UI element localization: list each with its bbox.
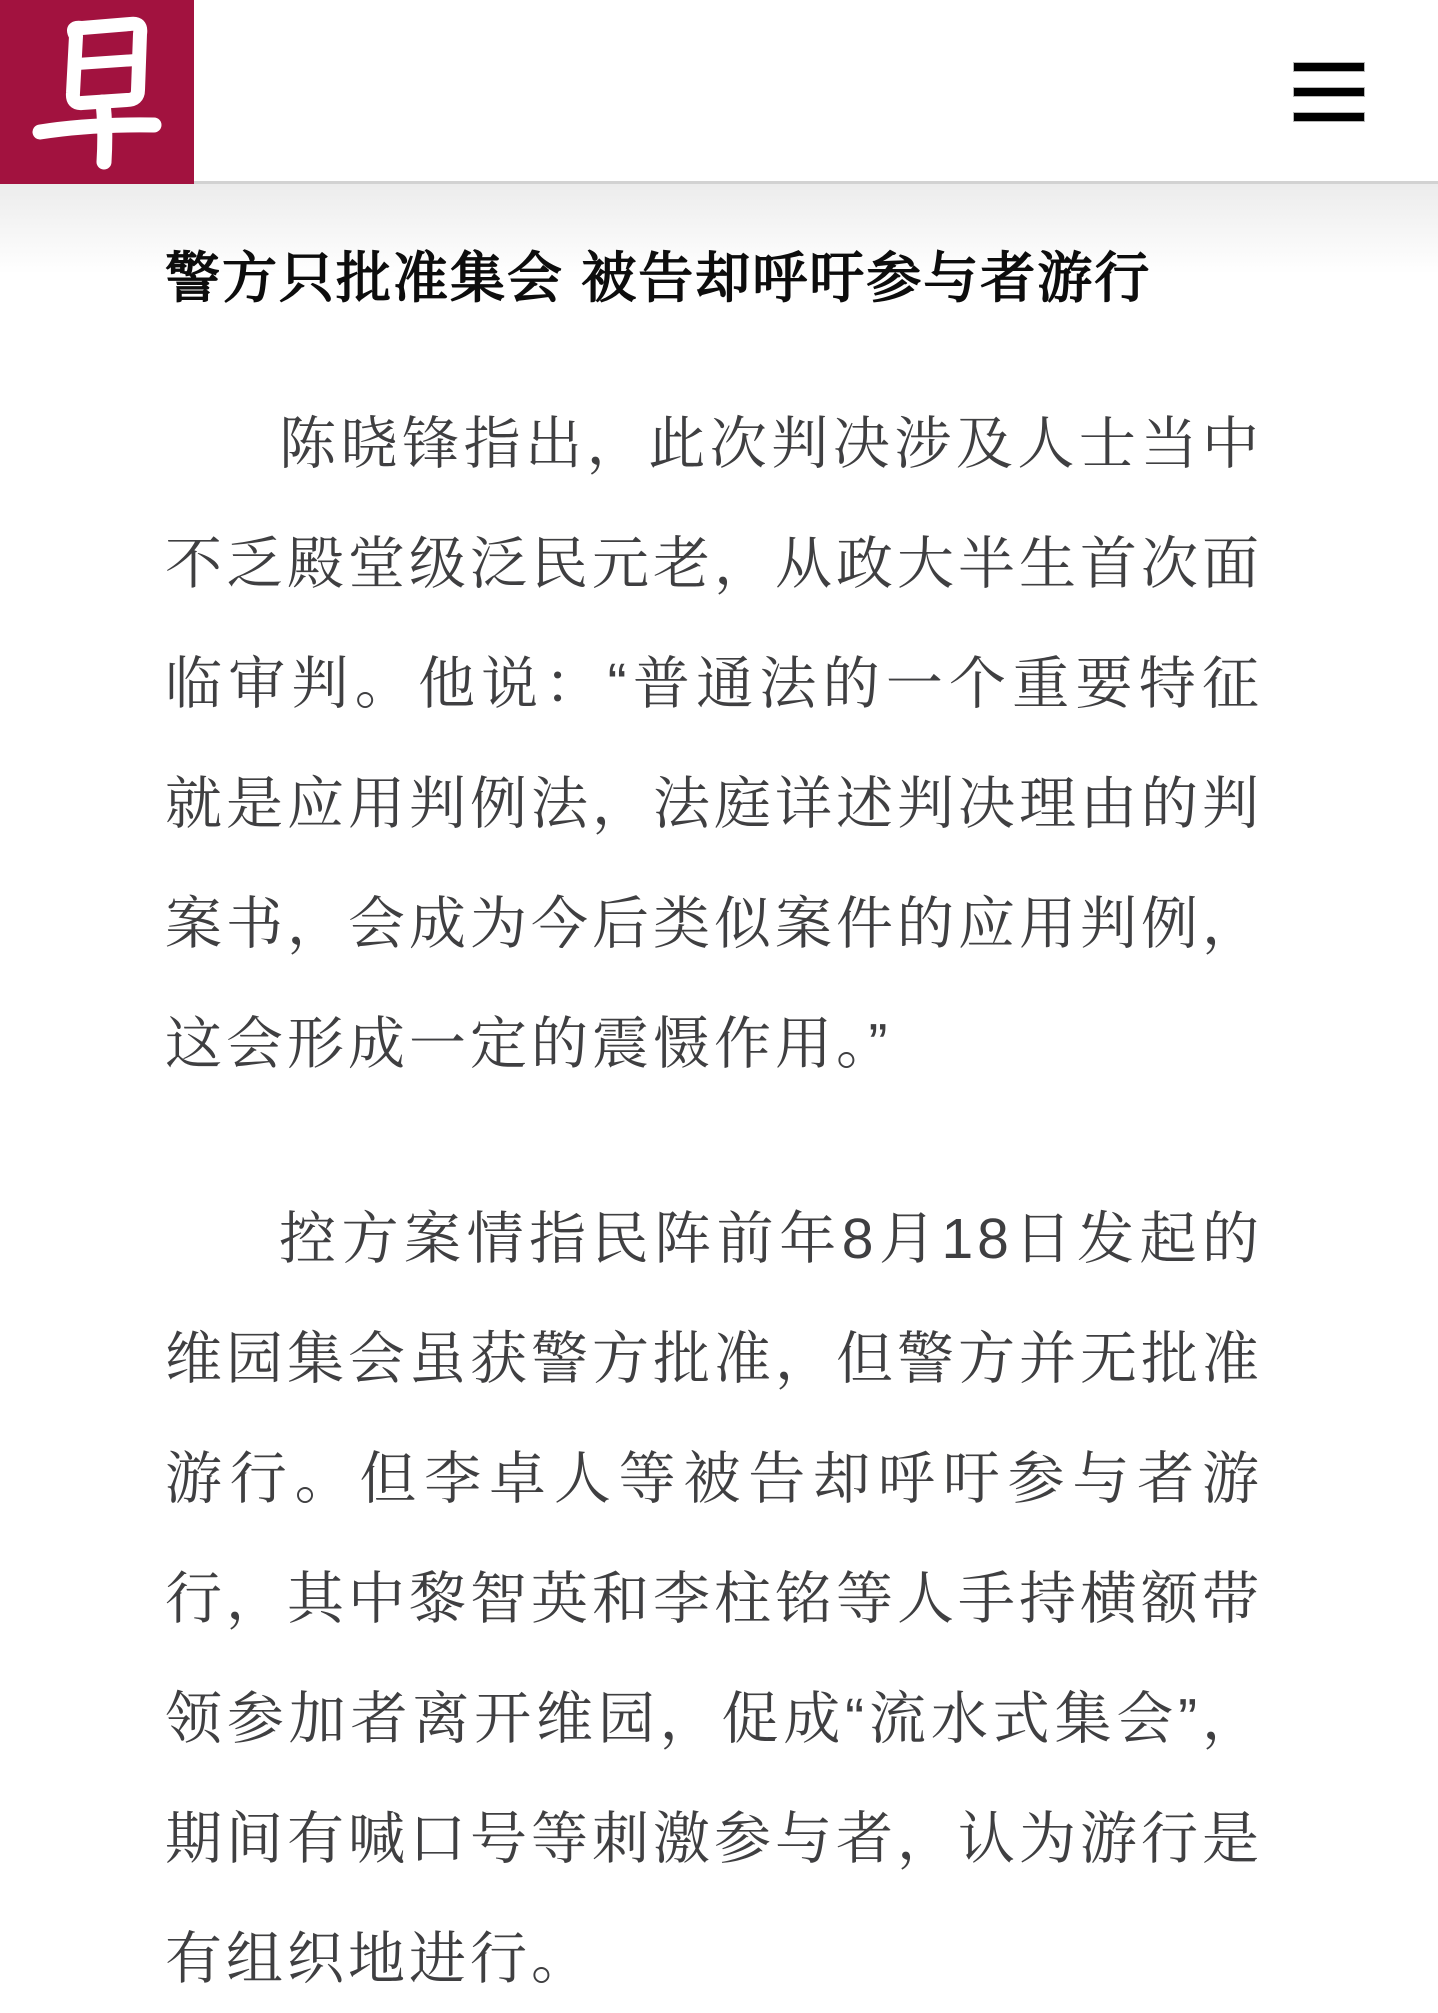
news-article: 警方只批准集会 被告却呼吁参与者游行 陈晓锋指出，此次判决涉及人士当中不乏殿堂级… [165, 240, 1263, 2010]
hamburger-icon [1293, 87, 1365, 97]
hamburger-icon [1293, 62, 1365, 72]
article-content: 警方只批准集会 被告却呼吁参与者游行 陈晓锋指出，此次判决涉及人士当中不乏殿堂级… [0, 184, 1438, 2010]
hamburger-icon [1293, 112, 1365, 122]
site-header: 早 [0, 0, 1438, 184]
article-paragraph-1: 陈晓锋指出，此次判决涉及人士当中不乏殿堂级泛民元老，从政大半生首次面临审判。他说… [165, 384, 1263, 1104]
zaobao-logo-icon [0, 0, 194, 184]
article-subheading: 警方只批准集会 被告却呼吁参与者游行 [165, 240, 1263, 316]
article-paragraph-2: 控方案情指民阵前年8月18日发起的维园集会虽获警方批准，但警方并无批准游行。但李… [165, 1179, 1263, 2010]
zaobao-logo[interactable]: 早 [0, 0, 194, 184]
hamburger-menu-button[interactable] [1293, 62, 1365, 122]
